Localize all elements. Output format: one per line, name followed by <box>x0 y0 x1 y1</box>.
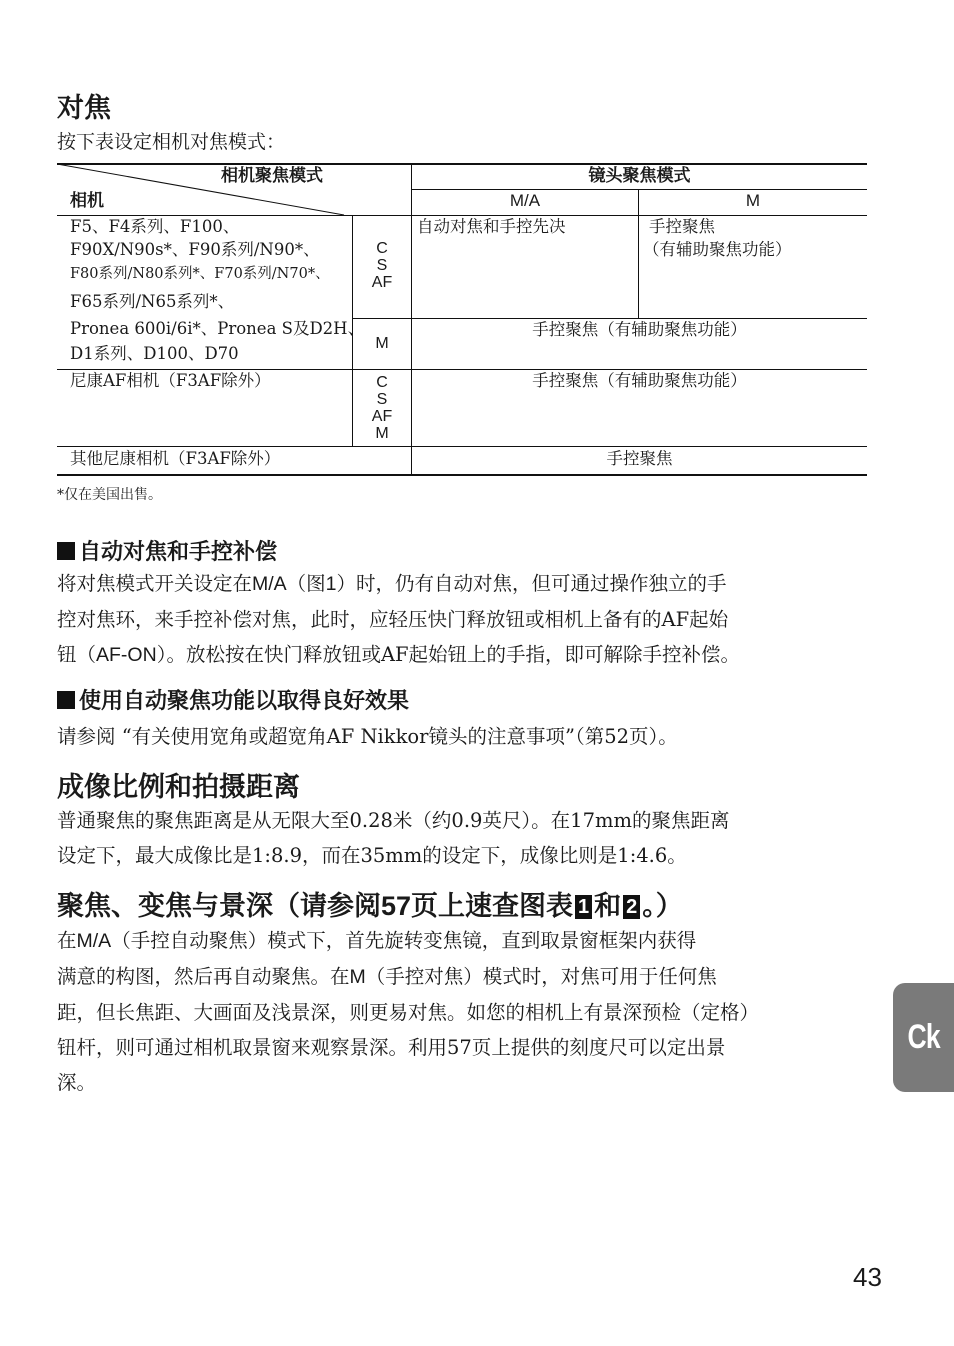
header-lens-m: M <box>639 190 867 213</box>
text-run: M/A <box>77 930 112 952</box>
paragraph-line: 满意的构图，然后再自动聚焦。在M（手控对焦）模式时，对焦可用于任何焦 <box>57 959 869 995</box>
camera-list-line: F65系列/N65系列*、 <box>70 291 234 314</box>
mode-m: M <box>353 425 411 442</box>
mode-c: C <box>353 374 411 391</box>
dof-paragraph: 在M/A（手控自动聚焦）模式下，首先旋转变焦镜，直到取景窗框架内获得 满意的构图… <box>57 923 869 1100</box>
text-run: 将对焦模式开关设定在 <box>57 572 252 595</box>
paragraph-line: 钮（AF-ON）。放松按在快门释放钮或AF起始钮上的手指，即可解除手控补偿。 <box>57 637 869 673</box>
section-title-focus: 对焦 <box>57 86 111 125</box>
subsection-title-af-results: 使用自动聚焦功能以取得良好效果 <box>57 684 409 715</box>
af-manual-paragraph: 将对焦模式开关设定在M/A（图1）时，仍有自动对焦，但可通过操作独立的手 控对焦… <box>57 566 869 673</box>
focus-intro-text: 按下表设定相机对焦模式： <box>57 127 285 154</box>
text-run: （手控对焦）模式时，对焦可用于任何焦 <box>366 965 717 988</box>
header-lens-focus-mode: 镜头聚焦模式 <box>412 165 867 188</box>
paragraph-line: 深。 <box>57 1065 869 1100</box>
title-text: 聚焦、变焦与景深（请参阅57页上速查图表 <box>57 891 573 921</box>
text-run: （手控自动聚焦）模式下，首先旋转变焦镜，直到取景窗框架内获得 <box>111 929 696 952</box>
text-run: 控对焦环，来手控补偿对焦，此时，应轻压快门释放钮或相机上备有的AF起始 <box>57 608 728 631</box>
text-run: 满意的构图，然后再自动聚焦。在 <box>57 965 350 988</box>
language-tab-ck: Ck <box>893 983 954 1092</box>
text-run: AF-ON <box>96 644 157 666</box>
text-run: 在 <box>57 929 77 952</box>
title-text: 和 <box>594 891 621 921</box>
cell-m-value-note: （有辅助聚焦功能） <box>643 239 792 262</box>
af-results-paragraph: 请参阅 “有关使用宽角或超宽角AF Nikkor镜头的注意事项”（第52页）。 <box>57 719 869 754</box>
subsection-title-text: 自动对焦和手控补偿 <box>79 539 277 564</box>
mode-s: S <box>353 391 411 408</box>
table-footnote: *仅在美国出售。 <box>57 484 162 504</box>
header-camera-focus-mode: 相机聚焦模式 <box>221 165 323 188</box>
square-bullet-icon <box>57 542 75 560</box>
camera-list-line: D1系列、D100、D70 <box>70 343 239 366</box>
paragraph-line: 将对焦模式开关设定在M/A（图1）时，仍有自动对焦，但可通过操作独立的手 <box>57 566 869 602</box>
chart-2-badge: 2 <box>623 895 640 919</box>
ratio-paragraph: 普通聚焦的聚焦距离是从无限大至0.28米（约0.9英尺）。在17mm的聚焦距离 … <box>57 803 869 873</box>
camera-list-line: 尼康AF相机（F3AF除外） <box>70 370 271 393</box>
mode-c: C <box>353 240 411 257</box>
paragraph-line: 普通聚焦的聚焦距离是从无限大至0.28米（约0.9英尺）。在17mm的聚焦距离 <box>57 803 869 838</box>
paragraph-line: 控对焦环，来手控补偿对焦，此时，应轻压快门释放钮或相机上备有的AF起始 <box>57 602 869 637</box>
header-lens-ma: M/A <box>412 190 638 213</box>
mode-af: AF <box>353 274 411 291</box>
chart-1-badge: 1 <box>575 895 592 919</box>
paragraph-line: 距，但长焦距、大画面及浅景深，则更易对焦。如您的相机上有景深预检（定格） <box>57 995 869 1030</box>
text-run: 钮杆，则可通过相机取景窗来观察景深。利用57页上提供的刻度尺可以定出景 <box>57 1036 725 1059</box>
section-title-ratio: 成像比例和拍摄距离 <box>57 765 300 804</box>
mode-af: AF <box>353 408 411 425</box>
text-run: ）。放松按在快门释放钮或AF起始钮上的手指，即可解除手控补偿。 <box>157 643 740 666</box>
language-tab-label: Ck <box>907 1018 939 1057</box>
focus-mode-table: 相机聚焦模式 相机 镜头聚焦模式 M/A M F5、F4系列、F100、 F90… <box>57 163 867 476</box>
text-run: 距，但长焦距、大画面及浅景深，则更易对焦。如您的相机上有景深预检（定格） <box>57 1001 759 1024</box>
section-title-dof: 聚焦、变焦与景深（请参阅57页上速查图表1和2。） <box>57 884 683 923</box>
paragraph-line: 设定下，最大成像比是1:8.9，而在35mm的设定下，成像比则是1:4.6。 <box>57 838 869 873</box>
cell-merged-value: 手控聚焦（有辅助聚焦功能） <box>412 370 867 393</box>
mode-m: M <box>353 335 411 352</box>
mode-s: S <box>353 257 411 274</box>
text-run: 钮（ <box>57 643 96 666</box>
cell-m-value: 手控聚焦 <box>649 216 715 239</box>
title-text: 。） <box>642 891 683 921</box>
camera-list-line: 其他尼康相机（F3AF除外） <box>70 448 280 471</box>
table-divider <box>57 446 867 447</box>
cell-ma-value: 自动对焦和手控先决 <box>417 216 566 239</box>
paragraph-line: 钮杆，则可通过相机取景窗来观察景深。利用57页上提供的刻度尺可以定出景 <box>57 1030 869 1065</box>
square-bullet-icon <box>57 691 75 709</box>
subsection-title-af-manual: 自动对焦和手控补偿 <box>57 535 277 566</box>
paragraph-line: 在M/A（手控自动聚焦）模式下，首先旋转变焦镜，直到取景窗框架内获得 <box>57 923 869 959</box>
subsection-title-text: 使用自动聚焦功能以取得良好效果 <box>79 688 409 713</box>
text-run: 时，仍有自动对焦，但可通过操作独立的手 <box>356 572 727 595</box>
cell-merged-value: 手控聚焦 <box>412 448 867 471</box>
page-number: 43 <box>853 1262 882 1293</box>
text-run: 深。 <box>57 1071 96 1094</box>
cell-merged-value: 手控聚焦（有辅助聚焦功能） <box>412 319 867 342</box>
text-run: M/A（图1） <box>252 573 356 595</box>
camera-list-line: F5、F4系列、F100、 <box>70 216 239 239</box>
header-camera: 相机 <box>70 190 104 213</box>
camera-list-line: F90X/N90s*、F90系列/N90*、 <box>70 239 320 262</box>
text-run: M <box>350 966 366 988</box>
table-bottom-border <box>57 474 867 476</box>
camera-list-line: F80系列/N80系列*、F70系列/N70*、 <box>70 263 330 286</box>
camera-list-line: Pronea 600i/6i*、Pronea S及D2H、 <box>70 318 364 341</box>
